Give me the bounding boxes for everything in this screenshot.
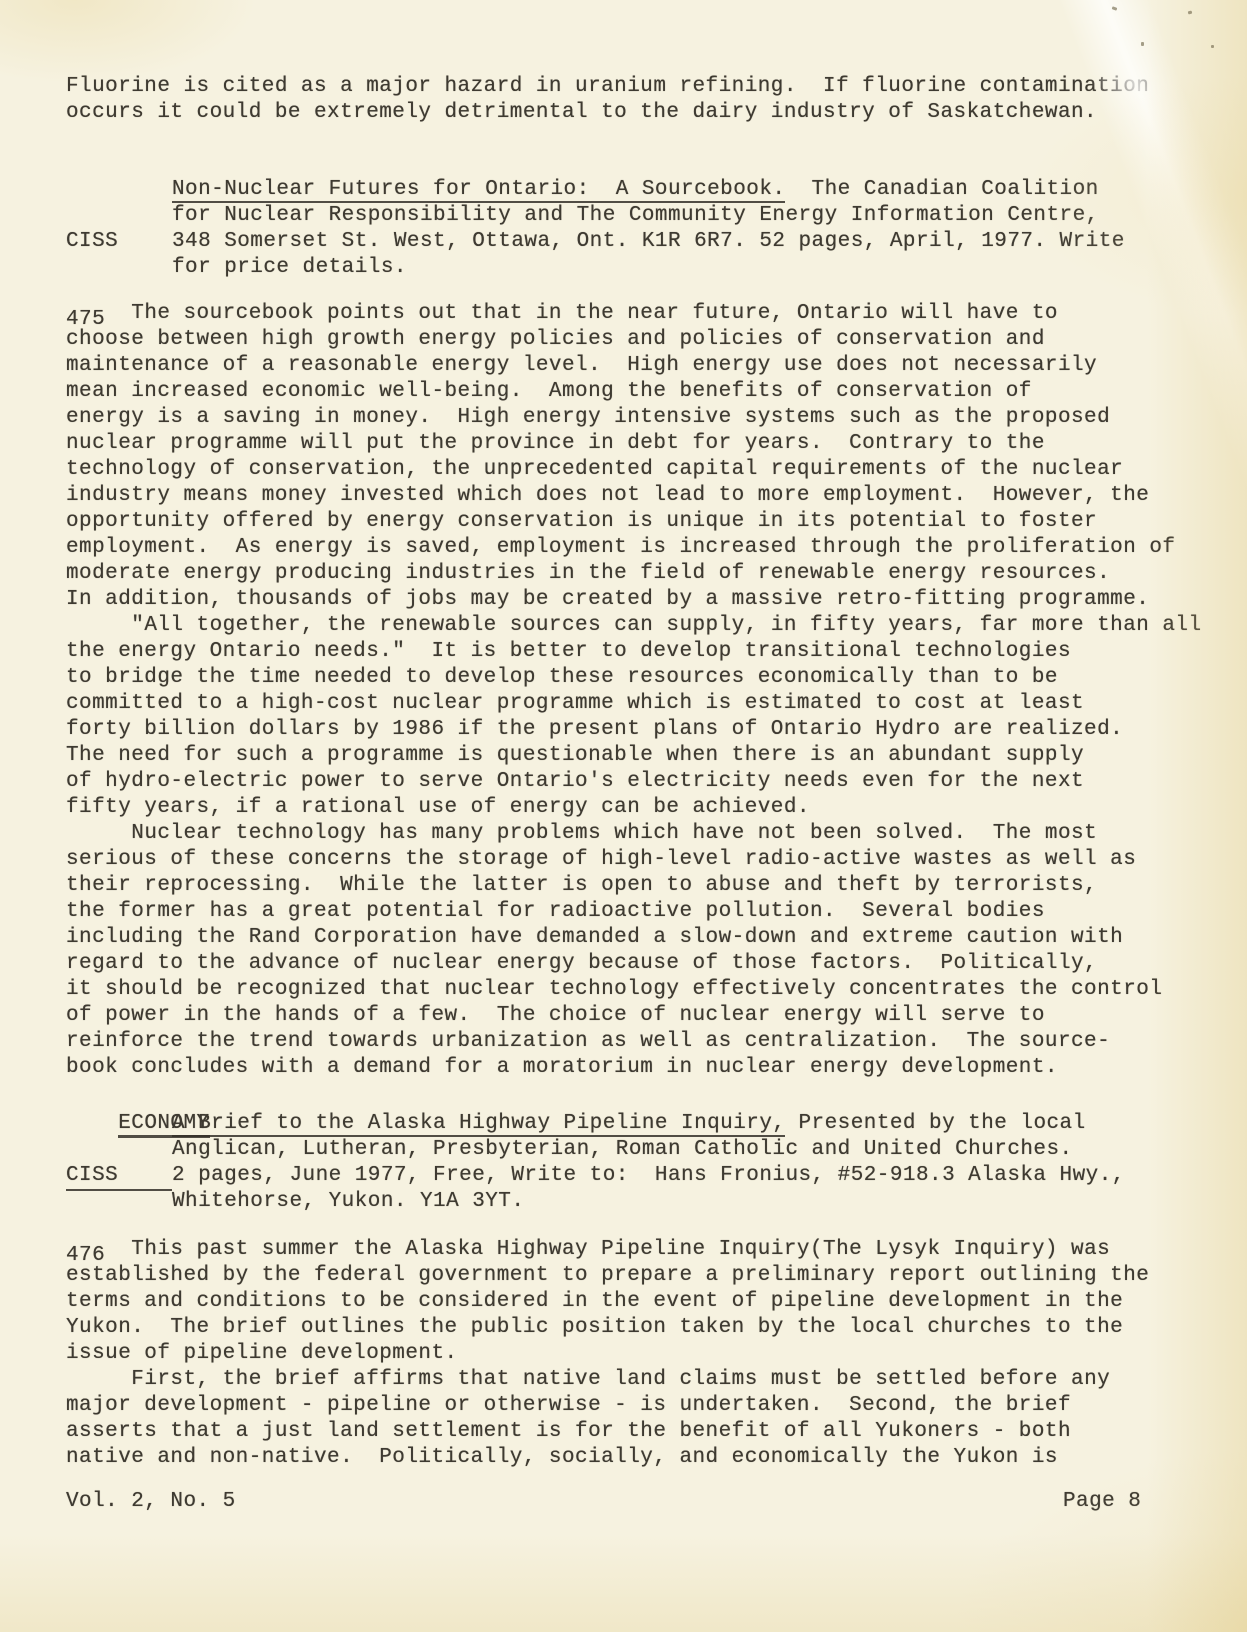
entry-citation: A Brief to the Alaska Highway Pipeline I…: [172, 1111, 1125, 1215]
entry-citation: Non-Nuclear Futures for Ontario: A Sourc…: [172, 177, 1125, 281]
scan-speck: [1112, 6, 1118, 11]
document-page: Fluorine is cited as a major hazard in u…: [0, 0, 1247, 1632]
entry-id: CISS: [66, 1163, 172, 1191]
citation-title: Non-Nuclear Futures for Ontario: A Sourc…: [172, 178, 785, 203]
scan-speck: [1141, 42, 1144, 46]
entry-id: CISS: [66, 229, 172, 255]
review-text-sourcebook: The sourcebook points out that in the ne…: [66, 301, 1202, 1081]
footer-page-number: Page 8: [1063, 1489, 1141, 1515]
citation-title: A Brief to the Alaska Highway Pipeline I…: [172, 1112, 785, 1137]
scan-speck: [1188, 11, 1193, 15]
footer-volume: Vol. 2, No. 5: [66, 1489, 236, 1515]
review-text-pipeline: This past summer the Alaska Highway Pipe…: [66, 1237, 1149, 1471]
scan-speck: [1211, 45, 1214, 48]
intro-paragraph: Fluorine is cited as a major hazard in u…: [66, 74, 1149, 126]
